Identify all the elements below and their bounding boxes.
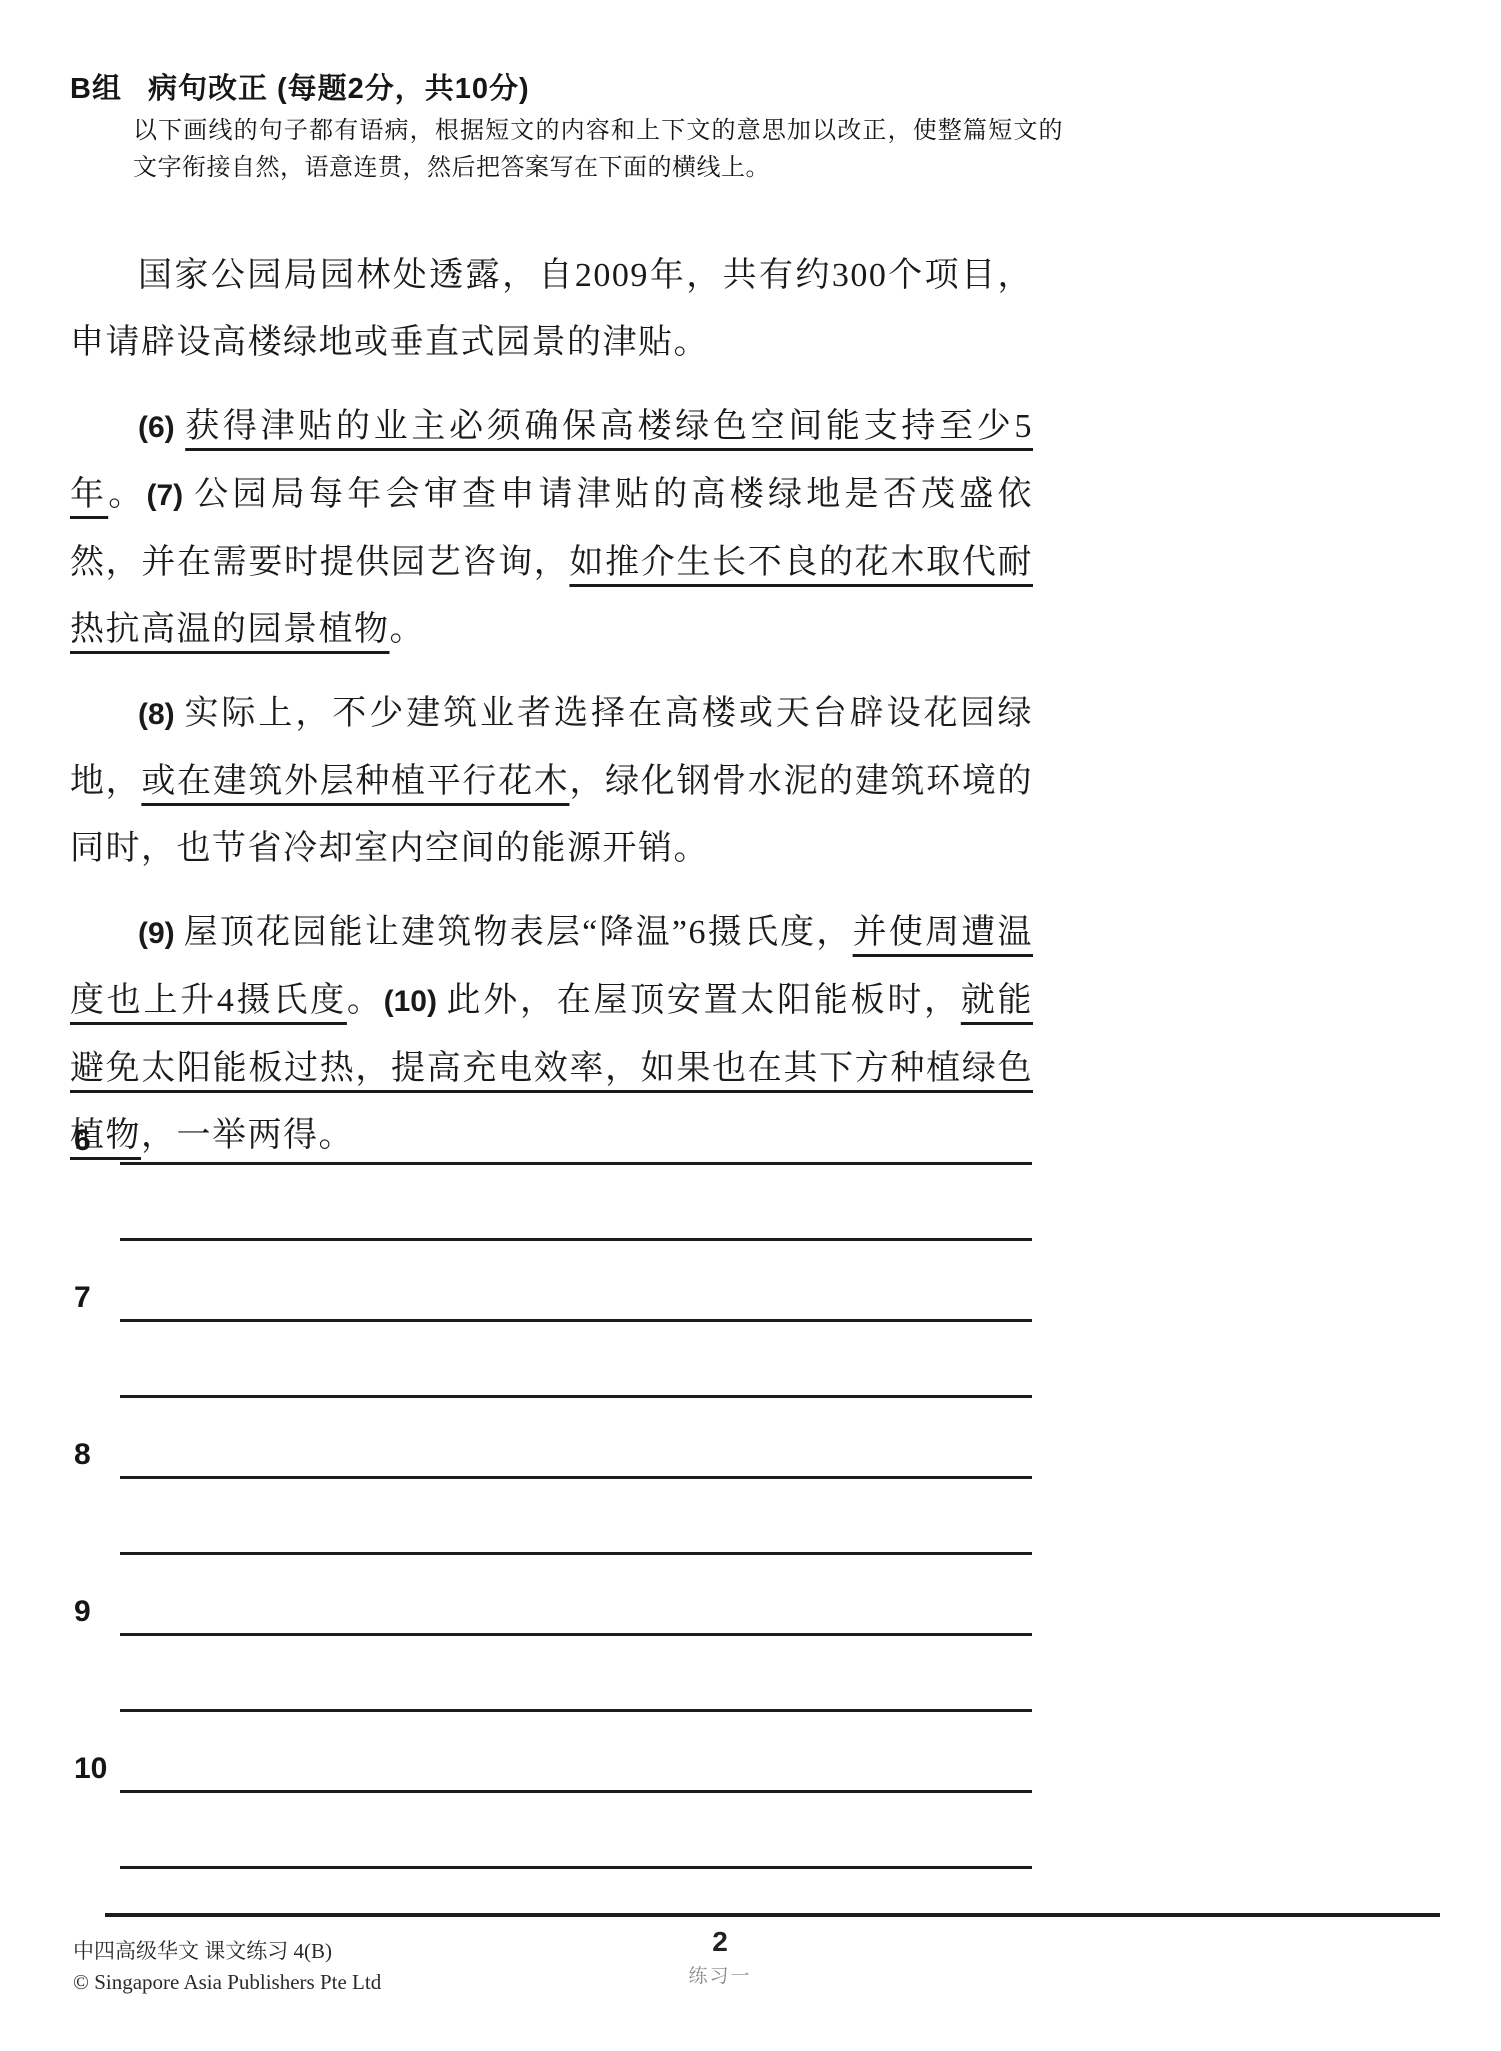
book-title: 中四高级华文 课文练习 4(B) <box>73 1936 381 1967</box>
page-number: 2 <box>620 1926 820 1958</box>
question-number-marker: (6) <box>138 411 185 444</box>
answer-block: 8 <box>70 1436 1033 1593</box>
answer-number: 8 <box>74 1438 91 1472</box>
answer-blank-line <box>120 1552 1032 1555</box>
answer-blank-line <box>120 1866 1032 1869</box>
answer-block: 7 <box>70 1279 1033 1436</box>
passage-text: 国家公园局园林处透露，自2009年，共有约300个项目，申请辟设高楼绿地或垂直式… <box>70 257 1033 361</box>
passage-text: 。 <box>347 982 384 1019</box>
section-header: B组病句改正 (每题2分，共10分) <box>70 66 530 107</box>
answer-blank-line <box>120 1395 1032 1398</box>
worksheet-page: B组病句改正 (每题2分，共10分) 以下画线的句子都有语病，根据短文的内容和上… <box>0 0 1501 2051</box>
footer-imprint: 中四高级华文 课文练习 4(B) © Singapore Asia Publis… <box>73 1936 381 1998</box>
answer-number: 6 <box>74 1124 91 1158</box>
question-number-marker: (7) <box>147 479 195 512</box>
section-label: B组 <box>70 73 122 105</box>
answer-block: 6 <box>70 1122 1033 1279</box>
answer-number: 9 <box>74 1595 91 1629</box>
answer-blank-line <box>120 1319 1032 1322</box>
answer-blank-line <box>120 1633 1032 1636</box>
footer-divider <box>105 1913 1440 1917</box>
question-number-marker: (8) <box>138 698 184 731</box>
passage-text: 此外，在屋顶安置太阳能板时， <box>447 982 961 1019</box>
passage-text: 屋顶花园能让建筑物表层“降温”6摄氏度， <box>184 914 853 951</box>
answer-blank-line <box>120 1790 1032 1793</box>
answer-blank-line <box>120 1476 1032 1479</box>
answer-number: 7 <box>74 1281 91 1315</box>
footer-pagination: 2 练习一 <box>620 1926 820 1988</box>
passage-text: 。 <box>108 476 146 513</box>
passage-paragraph: 国家公园局园林处透露，自2009年，共有约300个项目，申请辟设高楼绿地或垂直式… <box>70 242 1033 376</box>
underlined-sentence: 或在建筑外层种植平行花木 <box>141 763 569 800</box>
section-title: 病句改正 (每题2分，共10分) <box>148 73 530 105</box>
question-number-marker: (10) <box>384 985 447 1018</box>
passage-paragraph: (6) 获得津贴的业主必须确保高楼绿色空间能支持至少5年。(7) 公园局每年会审… <box>70 393 1033 663</box>
passage: 国家公园局园林处透露，自2009年，共有约300个项目，申请辟设高楼绿地或垂直式… <box>70 242 1033 1169</box>
answer-blank-line <box>120 1709 1032 1712</box>
passage-text: 。 <box>390 611 426 648</box>
answer-section: 678910 <box>70 1122 1033 1907</box>
instructions-text: 以下画线的句子都有语病，根据短文的内容和上下文的意思加以改正，使整篇短文的文字衔… <box>133 112 1063 186</box>
answer-blank-line <box>120 1162 1032 1165</box>
answer-block: 9 <box>70 1593 1033 1750</box>
answer-blank-line <box>120 1238 1032 1241</box>
answer-number: 10 <box>74 1752 107 1786</box>
answer-block: 10 <box>70 1750 1033 1907</box>
exercise-label: 练习一 <box>620 1961 820 1988</box>
copyright-line: © Singapore Asia Publishers Pte Ltd <box>73 1967 381 1998</box>
passage-paragraph: (8) 实际上，不少建筑业者选择在高楼或天台辟设花园绿地，或在建筑外层种植平行花… <box>70 680 1033 882</box>
question-number-marker: (9) <box>138 917 184 950</box>
